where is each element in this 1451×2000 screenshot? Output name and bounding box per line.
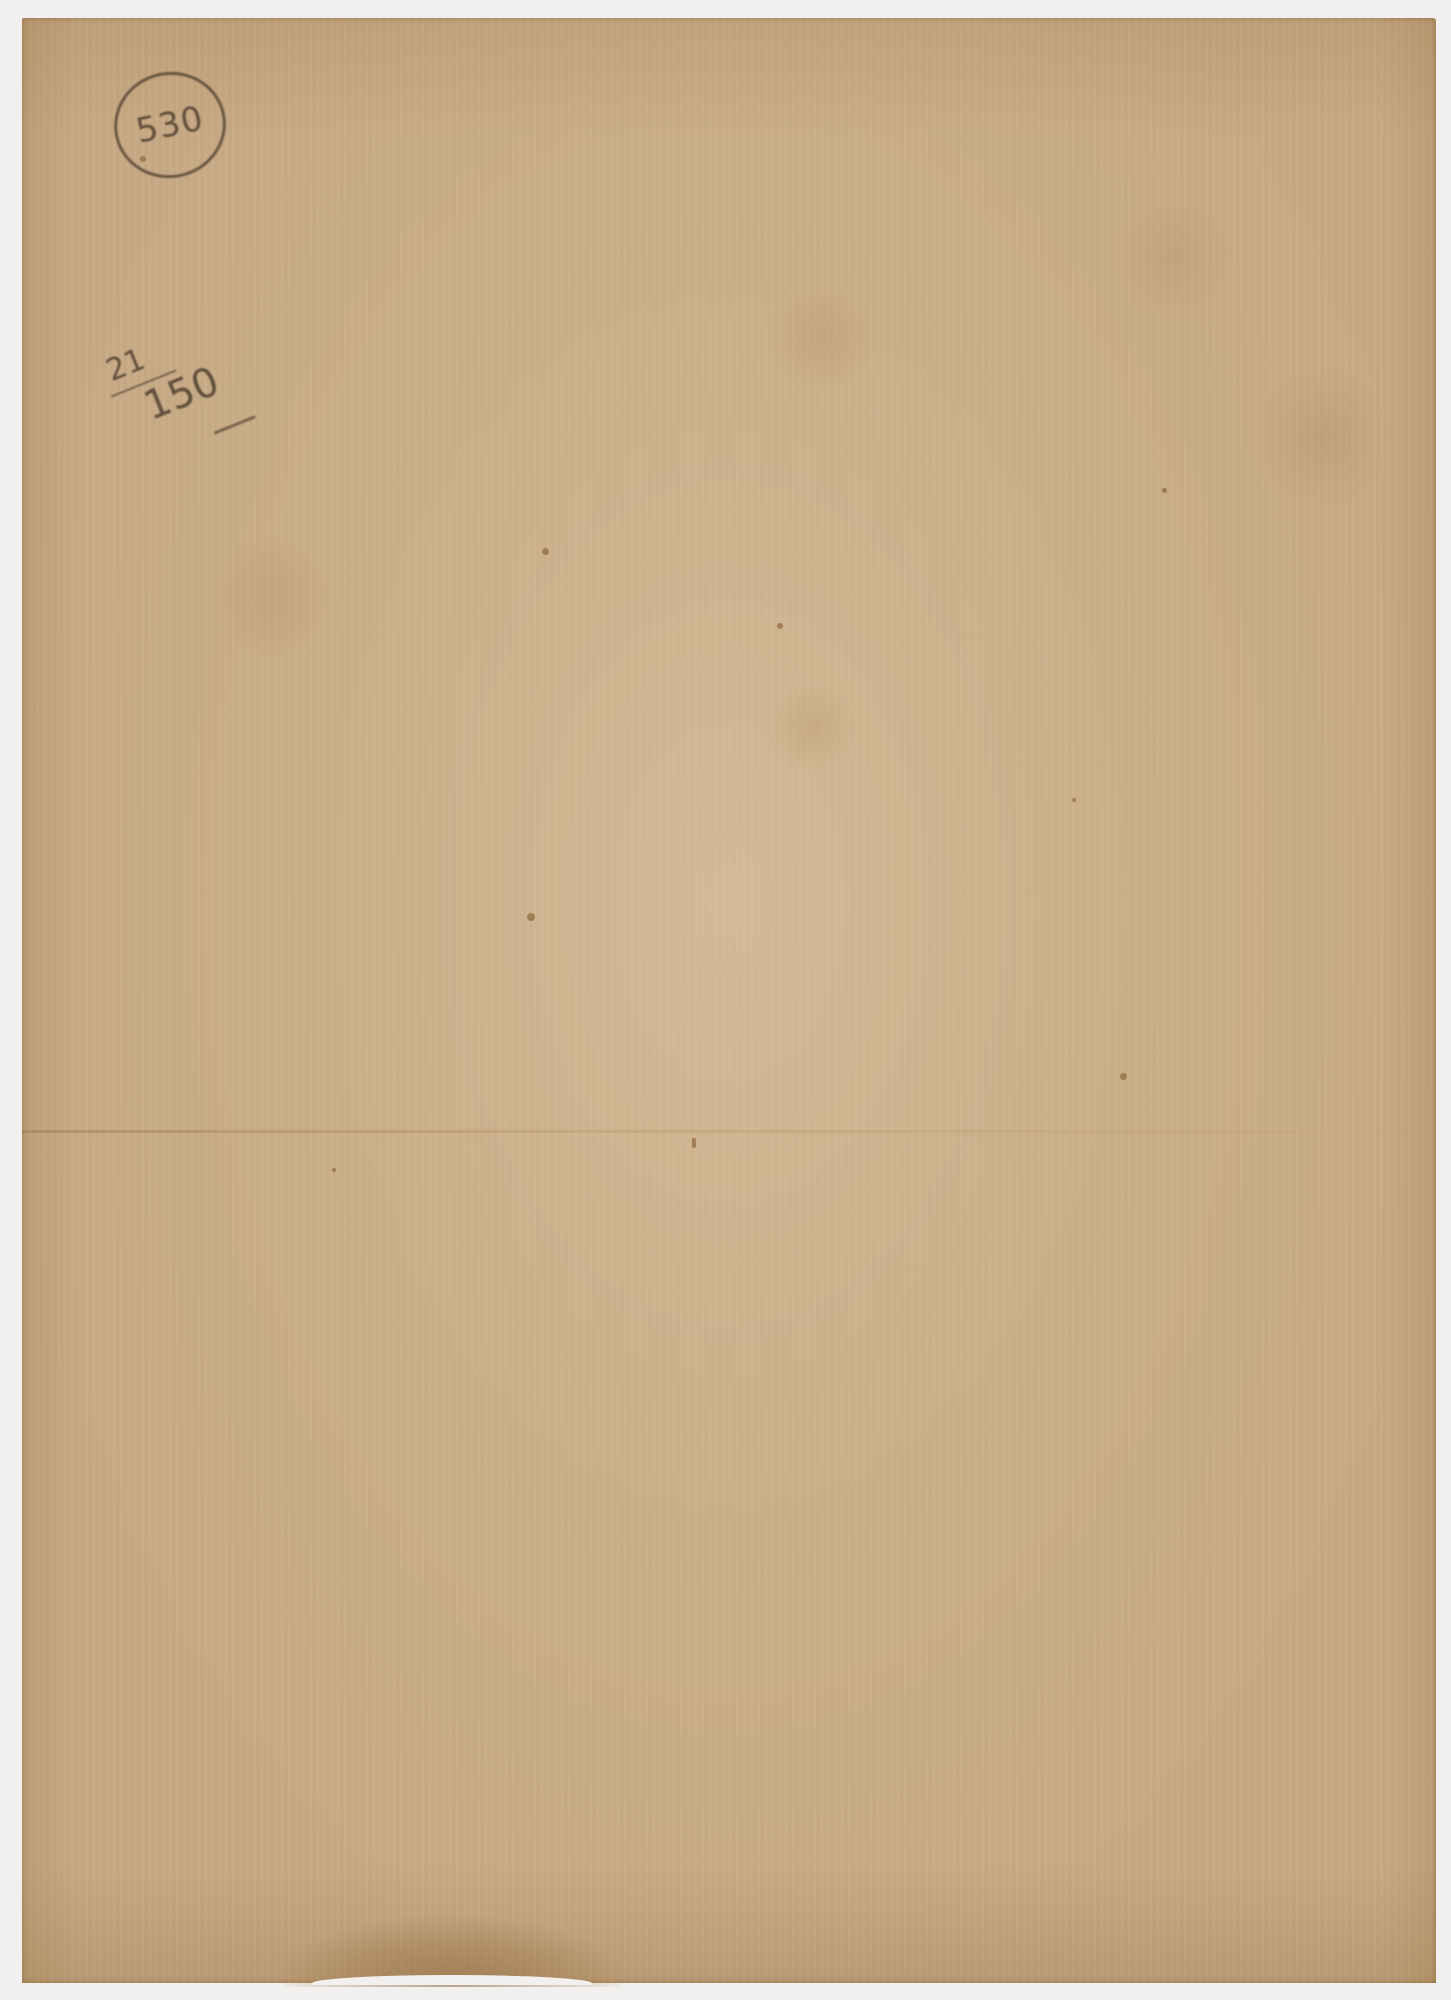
foxing-spot — [140, 156, 146, 162]
circled-number-annotation: 530 — [104, 62, 236, 189]
torn-edge — [312, 1975, 592, 1985]
foxing-spot — [692, 1138, 696, 1148]
foxing-spot — [1162, 488, 1167, 493]
foxing-spot — [527, 913, 535, 921]
fraction-denominator: 150 — [138, 358, 226, 429]
foxing-spot — [542, 548, 549, 555]
foxing-spot — [1072, 798, 1076, 802]
foxing-spot — [332, 1168, 336, 1172]
foxing-spot — [1120, 1073, 1127, 1080]
pencil-tick-mark — [214, 415, 256, 434]
paper-sheet: 530 21 150 — [22, 18, 1436, 1983]
circled-number-text: 530 — [133, 98, 208, 151]
fraction-annotation: 21 150 — [94, 293, 295, 483]
foxing-spot — [777, 623, 783, 629]
fold-crease — [22, 1130, 1436, 1133]
